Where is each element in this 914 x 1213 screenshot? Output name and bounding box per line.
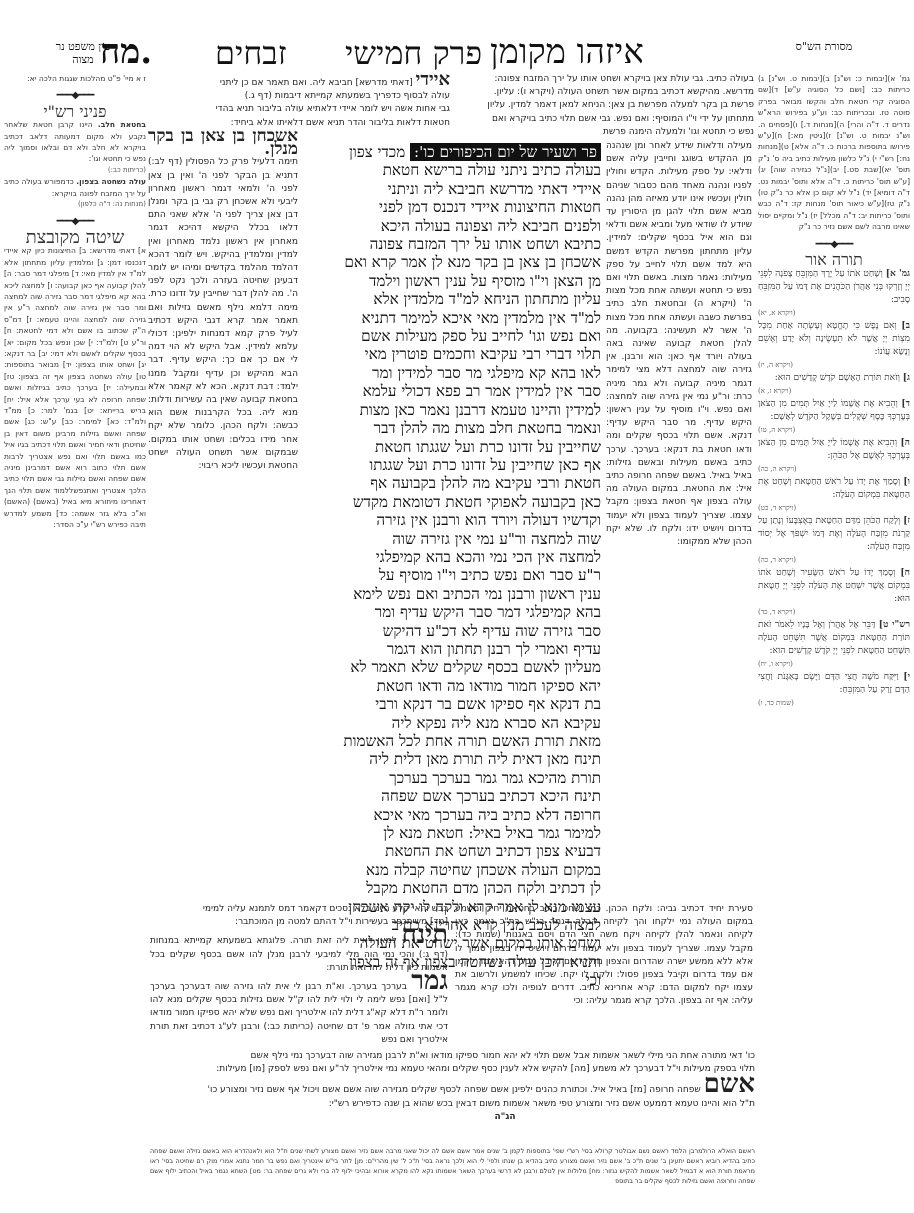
gemara-line: לן דכתיב ולקח הכהן מדם החטאת מקבל [303,879,601,897]
ornament-divider: ━━━◆━━━ [4,90,146,101]
gemara-opening: מכדי צפון [349,143,405,161]
tosafot-line: כבש והאי קלע היינו בלא נסכים דקאמר דמס ל… [150,903,448,916]
gemara-column: פר ושעיר של יום הכיפורים כו': מכדי צפון … [303,143,601,990]
tosafot-line: עולה לבסוף כדפריך בשמעתא קמייתא דיבמות (… [148,90,450,103]
gemara-line: יהא ספיקו חמור מודאו מה ודאו חטאת [303,677,601,695]
gemara-line: שחייבין על זדונו כרת ועל שגגתו חטאת [303,438,601,456]
gemara-line: איידי דאתי מדרשא חביבא ליה וניתני [303,180,601,198]
gemara-line: תלוי דברי רבי עקיבא וחכמים פוטרין מאי [303,345,601,363]
gemara-line: בת דנקא אף ספיקו אשם בר דנקא ורבי [303,695,601,713]
tosafot-bottom: כבש והאי קלע היינו בלא נסכים דקאמר דמס ל… [150,903,448,1047]
gemara-line: תורת מהיכא גמר גמר בערכך בערכך [303,769,601,787]
torah-or-entry: גמ' א] וְשָׁחַט אֹתוֹ עַל יֶרֶךְ הַמִּזְ… [758,268,910,320]
tosafot-line: חטאות דלאות בליבור והדר תניא אשם דלאיתו … [148,117,450,130]
gemara-line: מעליון לאשם בכסף שקלים שלא תאמר לא [303,658,601,676]
tosafot-dibbur-tinach: תינח [401,920,448,950]
ein-mishpat-label: עין משפט נר מצוה [48,40,118,66]
gemara-line: תינח מאן דאית ליה תורת מאן דלית ליה [303,750,601,768]
tosafot-dibbur-gamar: גמר [411,966,448,996]
gemara-line: למימר גמר באיל באיל: חטאת מנא לן [303,824,601,842]
shita-mekubetzet-title: שיטה מקובצת [4,232,146,243]
hagahot-text: ראשם הואלא הרולמרבן הלמד ראשם נשם אבולטר… [150,1146,755,1186]
gemara-line: עדיף ואמרי לך רבנן תחתון הוא דגמר [303,640,601,658]
torah-or-entry: ז] וְלָקַח הַכֹּהֵן מִדַּם הַחַטָּאת בְּ… [758,515,910,567]
torah-or-list: גמ' א] וְשָׁחַט אֹתוֹ עַל יֶרֶךְ הַמִּזְ… [758,268,910,710]
masoret-text: גמ' א)[יבמות כ: וש"נ] ב)[יבמות ט. וש"נ] … [758,73,910,233]
tosafot-column: אשכחן בן צאן בן בקר מנלן. תימה דלעיל פרק… [148,130,298,902]
torah-or-entry: רש"י ט] דַּבֵּר אֶל אַהֲרֹן וְאֶל בָּנָי… [758,619,910,671]
tosafot-line: תלוי בספק מעילות וי"ל דבערכך לא משמע [מה… [150,1063,755,1076]
gemara-line: אשכחן בן צאן בן בקר מנא לן אמר קרא ואם [303,253,601,271]
pninei-rashi-entry: עולה נשחטה בצפון. כדמפורש בעולה כתיב על … [4,176,146,210]
ornament-divider: ━━━◆━━━ [758,239,910,250]
tosafot-dibbur: איידי [416,69,450,90]
torah-or-entry: ו] וְסָמַךְ אֶת יָדוֹ עַל רֹאשׁ הַחַטָּא… [758,476,910,515]
gemara-line: עקיבא הא סברא מנא ליה נפקא ליה [303,714,601,732]
tosafot-dibbur: אשכחן בן צאן בן בקר מנלן. [148,130,298,156]
gemara-line: בעולה כתיב ניתני עולה ברישא חטאת [303,161,601,179]
rashi-bottom: סעירת יחיד דכתיב גביה: ולקח הכהן. כמו וש… [455,903,753,1009]
chapter-name-title: איזהו מקומן [490,32,644,72]
tosafot-text: תימה דלעיל פרק כל הפסולין (דף לב:) דתניא… [148,157,298,471]
tosafot-line: ת"ל הוא והיינו טעמא דממעט אשם נזיר ומצור… [150,1098,755,1111]
gemara-line: ר"ע סבר ואם נפש כתיב וי"ו מוסיף על [303,566,601,584]
bottom-fullwidth: כו' דאי מתורה אחת הני מילי לשאר אשמות אב… [150,1050,755,1124]
rashi-top: בעולה כתיב. גבי עולת צאן בויקרא ושחט אות… [452,73,754,139]
gemara-line: ונאמר בחטאת חלב מצות מה להלן דבר [303,419,601,437]
gemara-line: ולפנים חביבא ליה וצפונה בעולה היכא [303,217,601,235]
right-margin: גמ' א)[יבמות כ: וש"נ] ב)[יבמות ט. וש"נ] … [758,73,910,710]
gemara-line: ואם נפש וגו' לחייב על ספק מעילות אשם [303,327,601,345]
masechet-title: זבחים [215,34,287,72]
gemara-line: סבר גזירה שוה עדיף לא דכ"ע דהיקש [303,622,601,640]
gemara-line: תינח היכא דכתיב בערכך אשם שפחה [303,787,601,805]
tosafot-top: איידי [דאתי מדרשא] חביבא ליה. ואם תאמר א… [148,73,450,130]
gemara-line: שוה למחצה ור"ע נמי אין גזירה שוה [303,530,601,548]
torah-or-entry: ד] וְהֵבִיא אֶת אֲשָׁמוֹ לַייָ אַיִל תָּ… [758,398,910,437]
torah-or-entry: ג] וְזֹאת תּוֹרַת הָאָשָׁם קֹדֶשׁ קָדָשִ… [758,372,910,398]
gemara-line: למידין והיינו טעמא דרבנן נאמר כאן מצות [303,401,601,419]
tosafot-line: גבי אחות אשה ויש לומר איידי דלאתיא עולה … [148,103,450,116]
rashi-column: מעילה ודלאות שידע לאחר ומן שנהנה מן ההקד… [606,140,752,900]
rashi-line: מתחתון על ידי וי"ו המוסיף: ואם נפש. גבי … [452,113,754,126]
gemara-line: ענין ראשון ורבנן נמי הכתיב ואם נפש לימא [303,585,601,603]
gemara-line: כאן בקבועה לאפוקי חטאת דטומאת מקדש [303,493,601,511]
torah-or-title: תורה אור [758,254,910,265]
rashi-line: מדרשא. מהיקשא דכתיב במקום אשר תשחט העולה… [452,86,754,99]
gemara-line: למחצה אין הכי נמי והכא בהא קמיפלגי [303,548,601,566]
pninei-rashi-entry: בחטאת חלב. היינו קרבן חטאת שלאחר נקבע ול… [4,119,146,176]
gemara-line: כתיבא ושחט אותו על ירך המזבח צפונה [303,235,601,253]
tosafot-line: כו' דאי מתורה אחת הני מילי לשאר אשמות אב… [150,1050,755,1063]
shita-mekubetzet-text: א] דאתי מדרשא: ב] החיצונות כיון קא איידי… [4,245,146,530]
gemara-line: מזאת תורת האשם תורה אחת לכל האשמות [303,732,601,750]
left-margin: ז א מיי' פ"ט מהלכות שגגות הלכה יא: ━━━◆━… [4,73,146,1113]
gemara-line: מן הצאן וי"ו מוסיף על ענין ראשון וילמד [303,272,601,290]
gemara-line: עליון מתחתון הניחא למ"ד מלמדין אלא [303,290,601,308]
torah-or-entry: ח] וְסָמַךְ יָדוֹ עַל רֹאשׁ הַשָּׂעִיר ו… [758,567,910,619]
gemara-line: חרופה דלא כתיב ביה בערכך מאי איכא [303,806,601,824]
torah-or-entry: י] וַיִּקַּח מֹשֶׁה חֲצִי הַדָּם וַיָּשֶ… [758,671,910,710]
gemara-line: במקום העולה אשכחן שחיטה קבלה מנא [303,861,601,879]
gemara-line: למ"ד אין מלמדין מאי איכא למימר דתניא [303,309,601,327]
gemara-line: חטאת ורבי עקיבא מה להלן בקבועה אף [303,474,601,492]
torah-or-entry: ב] וְאִם נֶפֶשׁ כִּי תֶחֱטָא וְעָשְׂתָה … [758,320,910,372]
rashi-line: בעולה כתיב. גבי עולת צאן בויקרא ושחט אות… [452,73,754,86]
masoret-hashas-label: מסורת הש"ס [794,40,854,53]
gemara-line: לאו בהא קא מיפלגי מר סבר למידין ומר [303,364,601,382]
pninei-rashi-title: פניני רש"י [4,106,146,117]
rashi-line: פרשת בן בקר למעלה מפרשת בן צאן: הניחא למ… [452,99,754,112]
gemara-line: חטאות החיצונות איידי דנכנס דמן לפני [303,198,601,216]
torah-or-entry: ה] וְהֵבִיא אֶת אֲשָׁמוֹ לַייָ אַיִל תָּ… [758,437,910,476]
tosafot-line: [דאתי מדרשא] חביבא ליה. ואם תאמר אם כן ל… [220,78,413,88]
gemara-line: סבר אין למידין אמר רב פפא דכולי עלמא [303,382,601,400]
gemara-line: דבעיא צפון דכתיב ושחט את החטאת [303,842,601,860]
mishna-tail: פר ושעיר של יום הכיפורים כו': [410,143,601,161]
gemara-line: וקדשיו דעולה ויורד הוא ורבנן אין גזירה [303,511,601,529]
gemara-line: אף כאן שחייבין על זדונו כרת ועל שגגתו [303,456,601,474]
rashi-line: נפש כי תחטא וגו' ולמעלה הימנה פרשת [452,126,754,139]
perek-title: פרק חמישי [345,34,482,72]
ein-mishpat-entry: ז א מיי' פ"ט מהלכות שגגות הלכה יא: [4,73,146,84]
hagahot-title: הג"ה [405,1111,605,1124]
tosafot-dibbur-asham: אשם [704,1069,755,1099]
gemara-line: בהא קמיפלגי דמר סבר היקש עדיף ומר [303,603,601,621]
